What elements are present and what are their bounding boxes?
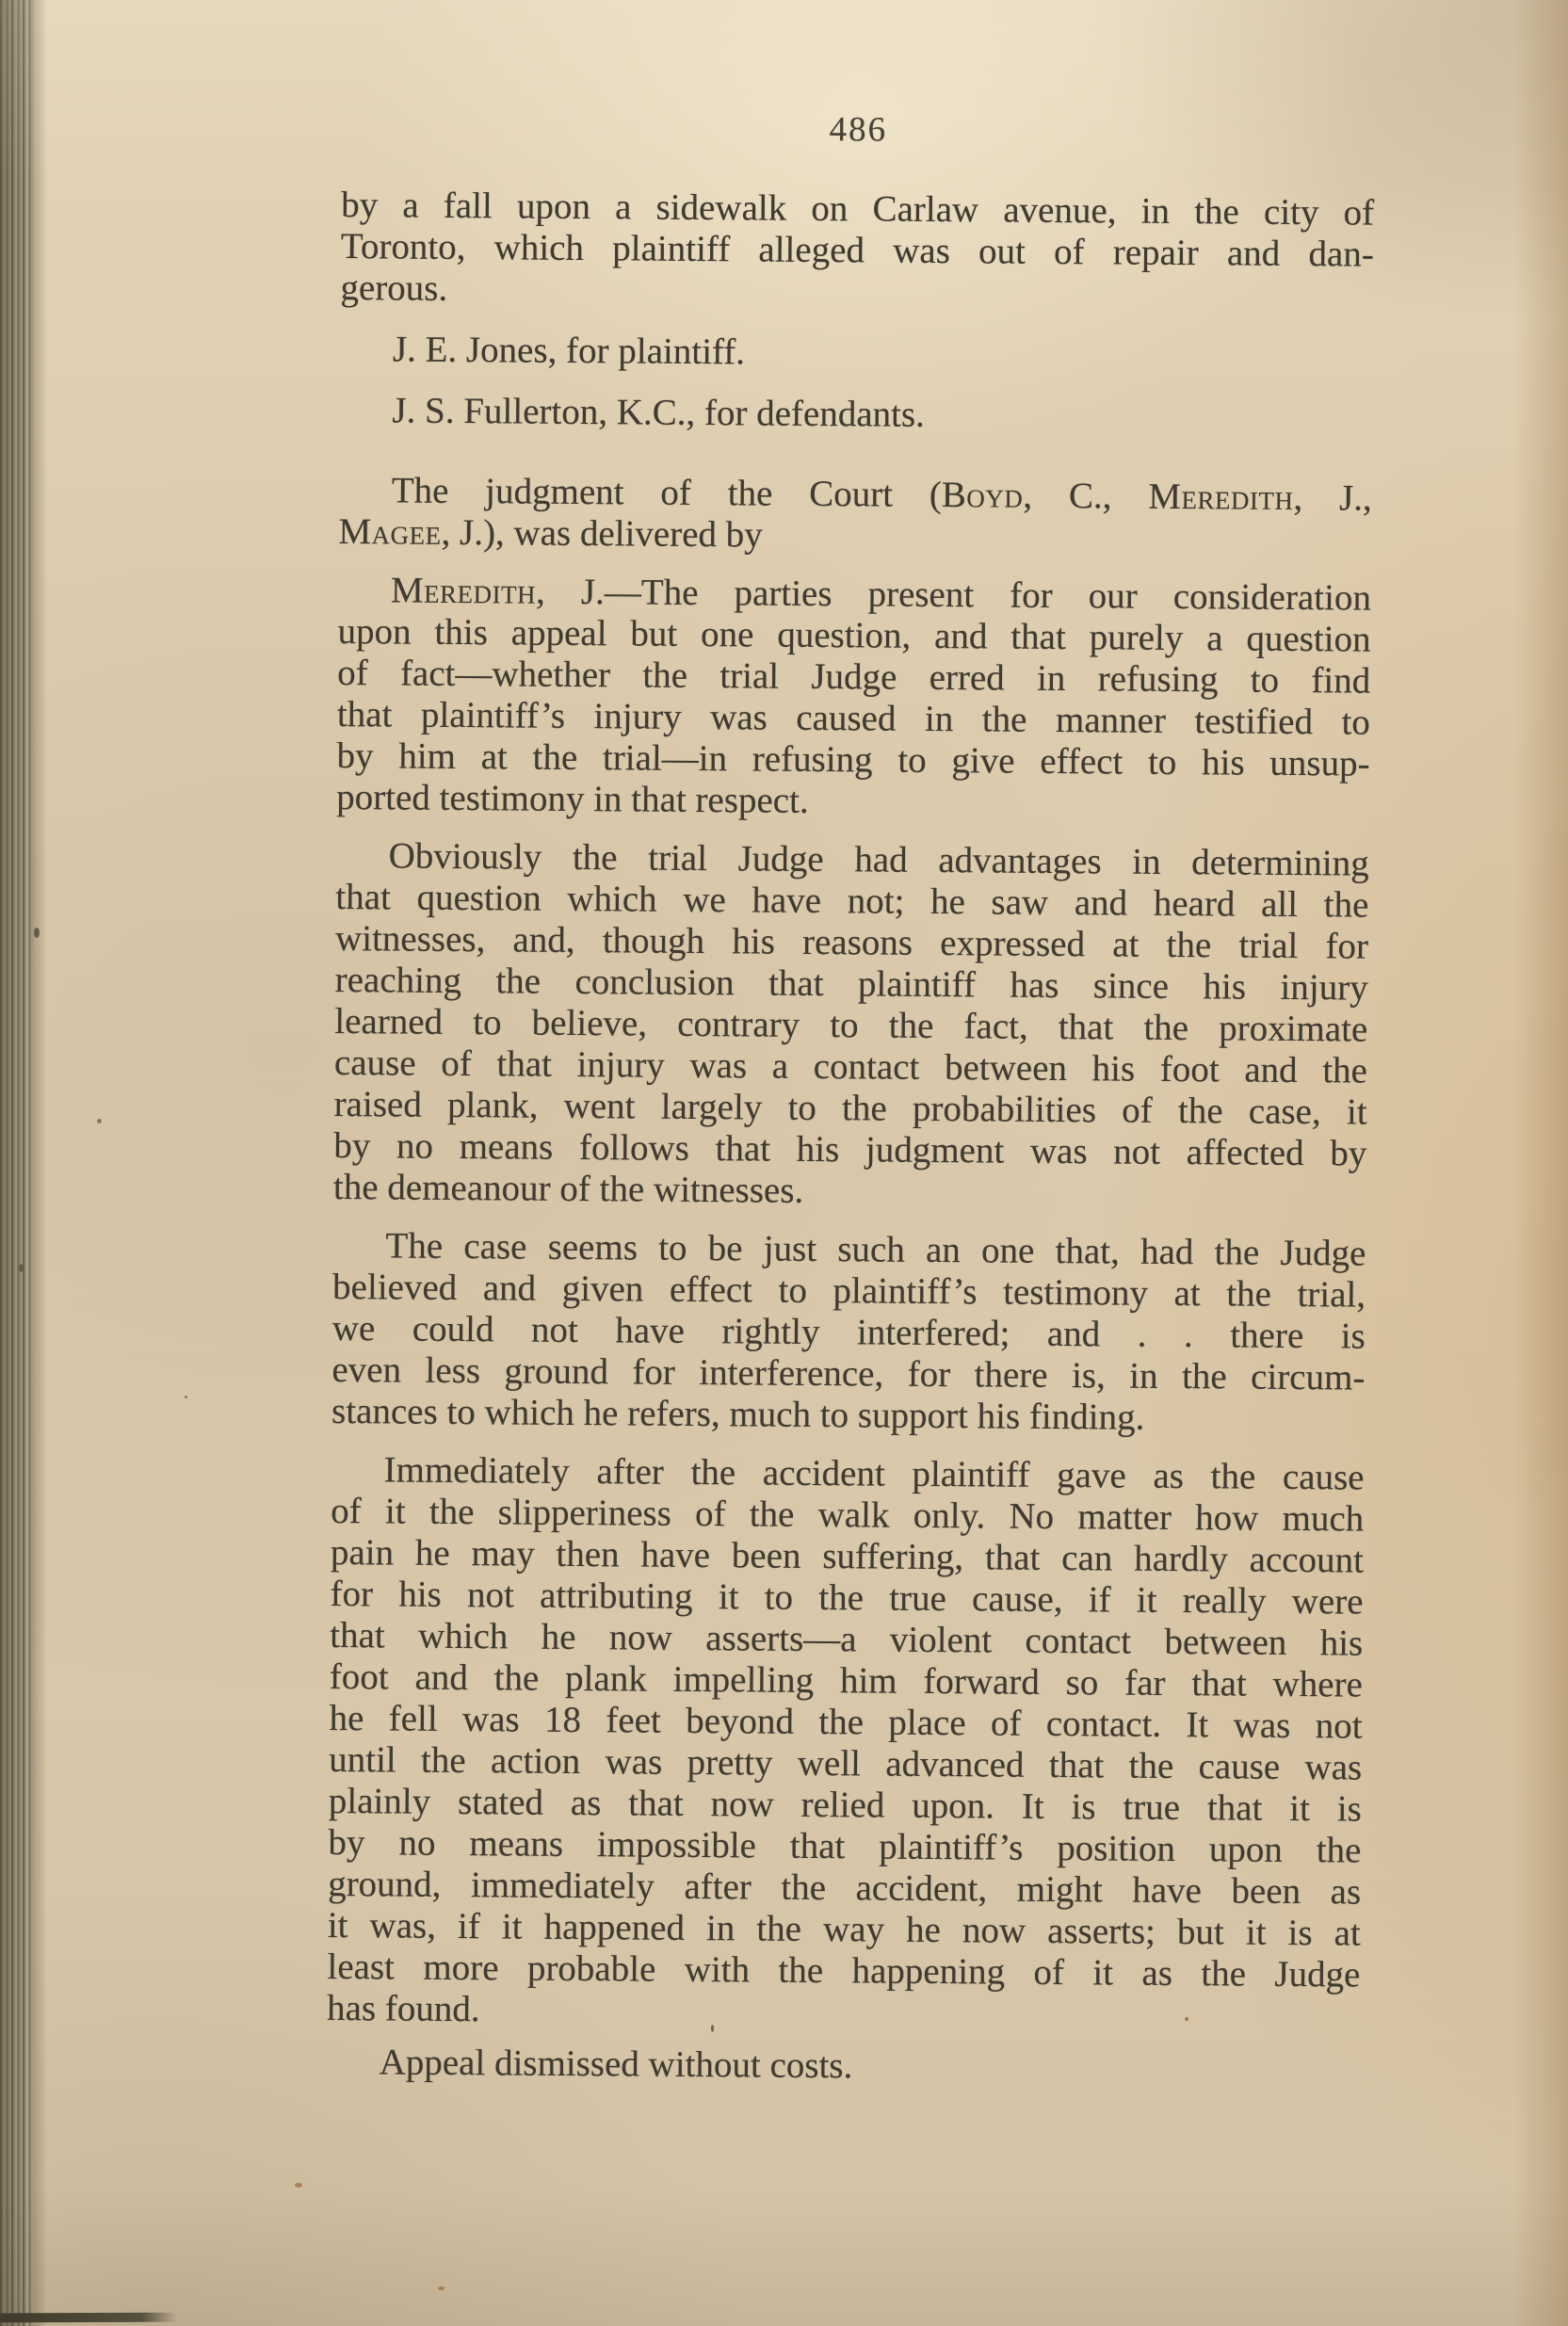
text-run: learned to believe, contrary to the fact… (334, 1001, 1367, 1050)
text-run: even less ground for interference, for t… (331, 1349, 1365, 1398)
text-line: has found. (327, 1988, 1360, 2038)
text-run: raised plank, went largely to the probab… (334, 1084, 1367, 1133)
text-run: we could not have rightly interfered; an… (332, 1308, 1366, 1357)
page-number: 486 (342, 105, 1375, 155)
text-run: witnesses, and, though his reasons expre… (335, 918, 1368, 967)
text-run: cause of that injury was a contact betwe… (334, 1042, 1367, 1091)
text-run: J. S. Fullerton, K.C., for defendants. (392, 390, 925, 434)
text-run: of it the slipperiness of the walk only.… (331, 1491, 1364, 1540)
text-line: Magee, J.), was delivered by (338, 511, 1371, 561)
text-run: Toronto, which plaintiff alleged was out… (341, 226, 1374, 275)
text-run: that which he now asserts—a violent cont… (330, 1615, 1363, 1664)
paragraph: The judgment of the Court (Boyd, C., Mer… (338, 470, 1372, 561)
text-run: it was, if it happened in the way he now… (328, 1905, 1361, 1954)
text-line: gerous. (340, 267, 1373, 317)
page-content: 486 by a fall upon a sidewalk on Carlaw … (327, 105, 1375, 2092)
small-caps-name: Meredith (1148, 477, 1293, 518)
paper-speck (711, 2025, 714, 2032)
text-run: Immediately after the accident plaintiff… (383, 1449, 1364, 1497)
text-run: the demeanour of the witnesses. (333, 1167, 804, 1211)
text-line: least more probable with the happening o… (327, 1946, 1360, 1996)
text-run: Obviously the trial Judge had advantages… (389, 835, 1369, 883)
text-run: The case seems to be just such an one th… (385, 1225, 1366, 1273)
small-caps-name: Boyd (942, 475, 1024, 516)
text-run: reaching the conclusion that plaintiff h… (335, 960, 1368, 1009)
text-run: The judgment of the Court ( (392, 470, 942, 515)
text-run: has found. (327, 1988, 480, 2029)
text-line: the demeanour of the witnesses. (333, 1167, 1366, 1217)
small-caps-name: Meredith (391, 570, 536, 611)
text-run: J. E. Jones, for plaintiff. (393, 329, 745, 372)
text-line: ported testimony in that respect. (336, 777, 1369, 827)
text-run: plainly stated as that now relied upon. … (329, 1781, 1362, 1830)
text-run: least more probable with the happening o… (327, 1946, 1360, 1995)
text-run: pain he may then have been suffering, th… (331, 1532, 1364, 1581)
text-run: believed and given effect to plaintiff’s… (332, 1267, 1366, 1316)
text-run: that plaintiff’s injury was caused in th… (337, 694, 1370, 743)
text-run: gerous. (340, 267, 447, 309)
paper-speck (1185, 2017, 1188, 2021)
text-run: by him at the trial—in refusing to give … (336, 735, 1369, 784)
text-run: by no means follows that his judgment wa… (333, 1125, 1366, 1174)
text-run: ported testimony in that respect. (336, 777, 809, 821)
text-run: , J.), was delivered by (441, 512, 762, 556)
text-block: by a fall upon a sidewalk on Carlaw aven… (327, 185, 1375, 2092)
text-run: until the action was pretty well advance… (329, 1739, 1362, 1788)
paper-speck (97, 1119, 102, 1123)
text-run: by a fall upon a sidewalk on Carlaw aven… (341, 185, 1374, 234)
paragraph: J. S. Fullerton, K.C., for defendants. (339, 390, 1372, 440)
paper-speck (295, 2183, 302, 2188)
paragraph: Meredith, J.—The parties present for our… (336, 570, 1371, 827)
paper-speck (438, 2286, 445, 2290)
text-run: that question which we have not; he saw … (335, 877, 1368, 926)
text-line: stances to which he refers, much to supp… (331, 1391, 1365, 1441)
paper-speck (19, 1264, 24, 1272)
text-run: he fell was 18 feet beyond the place of … (329, 1698, 1362, 1747)
paper-speck (34, 928, 40, 938)
book-bottom-board-edge (0, 2313, 177, 2323)
book-binding-page-edges (0, 0, 34, 2326)
small-caps-name: Magee (338, 511, 442, 553)
book-page-scan: 486 by a fall upon a sidewalk on Carlaw … (0, 0, 1568, 2326)
text-run: of fact—whether the trial Judge erred in… (337, 653, 1370, 702)
text-run: foot and the plank impelling him forward… (330, 1656, 1363, 1705)
paragraph: Immediately after the accident plaintiff… (327, 1449, 1365, 2038)
text-run: , C., (1023, 476, 1148, 517)
paragraph: Appeal dismissed without costs. (327, 2042, 1360, 2092)
text-run: , J., (1293, 477, 1372, 519)
paragraph: Obviously the trial Judge had advantages… (333, 835, 1369, 1217)
text-line: J. E. Jones, for plaintiff. (340, 329, 1373, 379)
paper-speck (185, 1396, 187, 1398)
text-line: Toronto, which plaintiff alleged was out… (341, 226, 1374, 276)
paragraph: The case seems to be just such an one th… (331, 1225, 1366, 1441)
paragraph: J. E. Jones, for plaintiff. (340, 329, 1373, 379)
text-run: upon this appeal but one question, and t… (337, 611, 1370, 660)
text-run: ground, immediately after the accident, … (328, 1864, 1361, 1913)
text-line: J. S. Fullerton, K.C., for defendants. (339, 390, 1372, 440)
text-run: , J.—The parties present for our conside… (536, 572, 1371, 619)
text-run: by no means impossible that plaintiff’s … (328, 1822, 1361, 1871)
paragraph: by a fall upon a sidewalk on Carlaw aven… (340, 185, 1374, 317)
text-run: Appeal dismissed without costs. (380, 2042, 853, 2086)
text-run: for his not attributing it to the true c… (330, 1574, 1363, 1623)
text-line: Appeal dismissed without costs. (327, 2042, 1360, 2092)
text-run: stances to which he refers, much to supp… (331, 1391, 1145, 1438)
